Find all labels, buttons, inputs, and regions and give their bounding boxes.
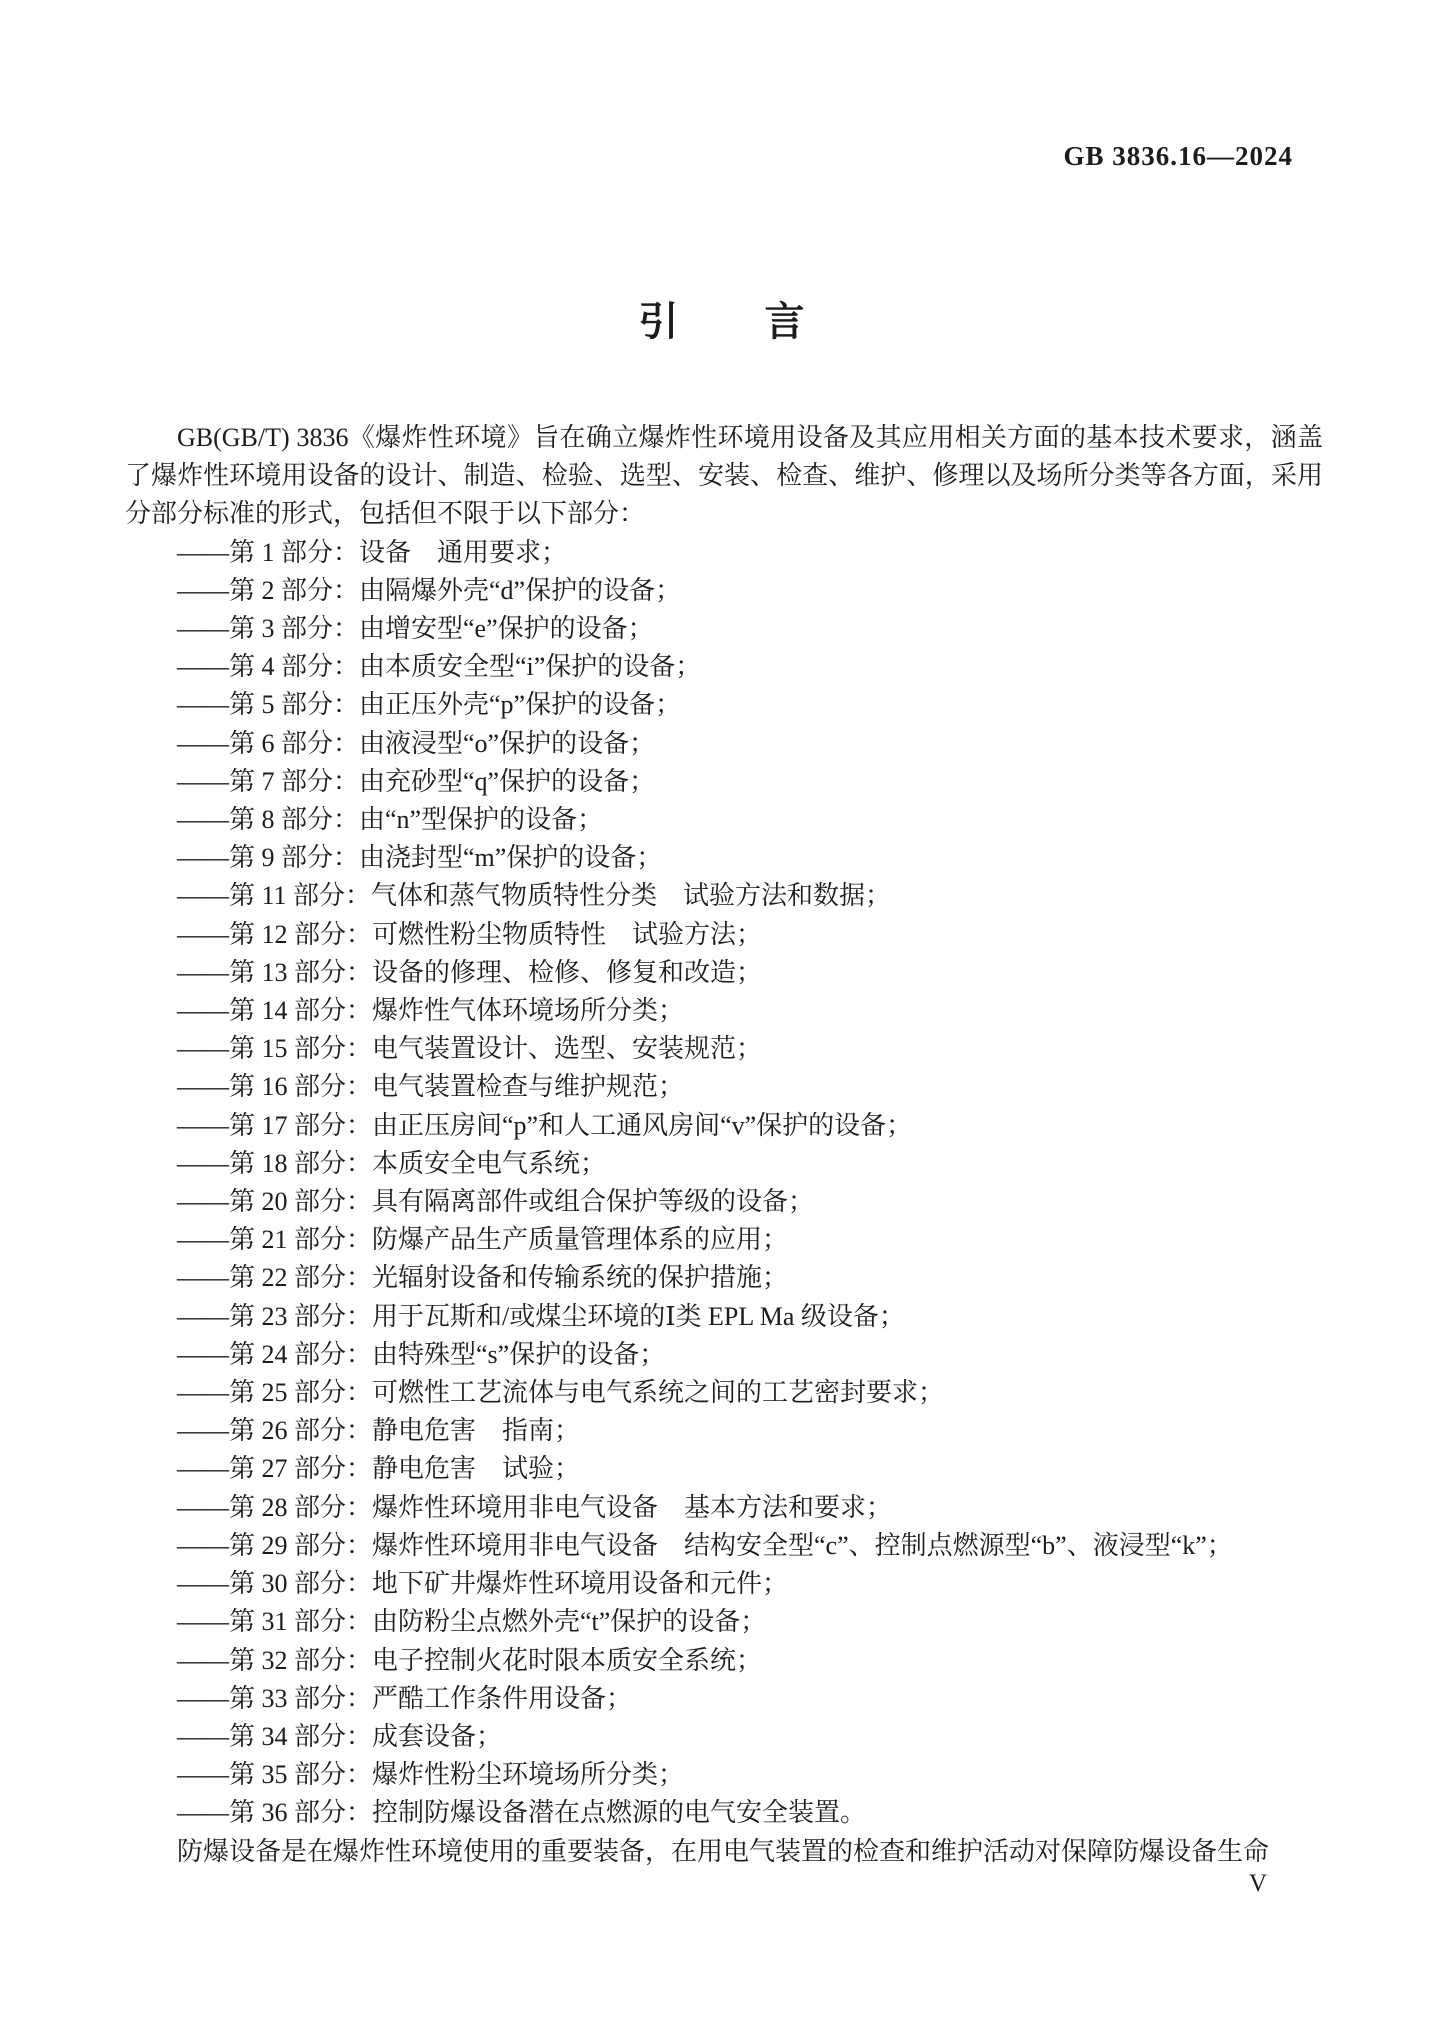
list-item: ——第 22 部分：光辐射设备和传输系统的保护措施； xyxy=(125,1259,1323,1297)
list-item: ——第 20 部分：具有隔离部件或组合保护等级的设备； xyxy=(125,1183,1323,1221)
list-item: ——第 9 部分：由浇封型“m”保护的设备； xyxy=(125,839,1323,877)
list-item: ——第 7 部分：由充砂型“q”保护的设备； xyxy=(125,763,1323,801)
document-page: GB 3836.16—2024 引 言 GB(GB/T) 3836《爆炸性环境》… xyxy=(0,0,1445,2044)
list-item: ——第 27 部分：静电危害 试验； xyxy=(125,1450,1323,1488)
closing-paragraph: 防爆设备是在爆炸性环境使用的重要装备，在用电气装置的检查和维护活动对保障防爆设备… xyxy=(125,1833,1323,1871)
list-item: ——第 24 部分：由特殊型“s”保护的设备； xyxy=(125,1336,1323,1374)
list-item: ——第 33 部分：严酷工作条件用设备； xyxy=(125,1680,1323,1718)
list-item: ——第 31 部分：由防粉尘点燃外壳“t”保护的设备； xyxy=(125,1603,1323,1641)
list-item: ——第 1 部分：设备 通用要求； xyxy=(125,534,1323,572)
parts-list: ——第 1 部分：设备 通用要求；——第 2 部分：由隔爆外壳“d”保护的设备；… xyxy=(125,534,1323,1833)
list-item: ——第 21 部分：防爆产品生产质量管理体系的应用； xyxy=(125,1221,1323,1259)
list-item: ——第 36 部分：控制防爆设备潜在点燃源的电气安全装置。 xyxy=(125,1794,1323,1832)
list-item: ——第 32 部分：电子控制火花时限本质安全系统； xyxy=(125,1642,1323,1680)
list-item: ——第 13 部分：设备的修理、检修、修复和改造； xyxy=(125,954,1323,992)
list-item: ——第 3 部分：由增安型“e”保护的设备； xyxy=(125,610,1323,648)
list-item: ——第 30 部分：地下矿井爆炸性环境用设备和元件； xyxy=(125,1565,1323,1603)
list-item: ——第 26 部分：静电危害 指南； xyxy=(125,1412,1323,1450)
list-item: ——第 11 部分：气体和蒸气物质特性分类 试验方法和数据； xyxy=(125,877,1323,915)
list-item: ——第 25 部分：可燃性工艺流体与电气系统之间的工艺密封要求； xyxy=(125,1374,1323,1412)
list-item: ——第 15 部分：电气装置设计、选型、安装规范； xyxy=(125,1030,1323,1068)
list-item: ——第 34 部分：成套设备； xyxy=(125,1718,1323,1756)
list-item: ——第 18 部分：本质安全电气系统； xyxy=(125,1145,1323,1183)
list-item: ——第 14 部分：爆炸性气体环境场所分类； xyxy=(125,992,1323,1030)
list-item: ——第 12 部分：可燃性粉尘物质特性 试验方法； xyxy=(125,916,1323,954)
document-body: GB(GB/T) 3836《爆炸性环境》旨在确立爆炸性环境用设备及其应用相关方面… xyxy=(125,419,1323,1871)
list-item: ——第 8 部分：由“n”型保护的设备； xyxy=(125,801,1323,839)
list-item: ——第 6 部分：由液浸型“o”保护的设备； xyxy=(125,725,1323,763)
list-item: ——第 23 部分：用于瓦斯和/或煤尘环境的Ⅰ类 EPL Ma 级设备； xyxy=(125,1298,1323,1336)
page-title: 引 言 xyxy=(0,290,1445,347)
page-number: V xyxy=(1249,1870,1267,1898)
list-item: ——第 16 部分：电气装置检查与维护规范； xyxy=(125,1068,1323,1106)
standard-number: GB 3836.16—2024 xyxy=(1063,141,1293,172)
list-item: ——第 5 部分：由正压外壳“p”保护的设备； xyxy=(125,686,1323,724)
list-item: ——第 35 部分：爆炸性粉尘环境场所分类； xyxy=(125,1756,1323,1794)
list-item: ——第 4 部分：由本质安全型“i”保护的设备； xyxy=(125,648,1323,686)
list-item: ——第 28 部分：爆炸性环境用非电气设备 基本方法和要求； xyxy=(125,1489,1323,1527)
list-item: ——第 17 部分：由正压房间“p”和人工通风房间“v”保护的设备； xyxy=(125,1107,1323,1145)
list-item: ——第 29 部分：爆炸性环境用非电气设备 结构安全型“c”、控制点燃源型“b”… xyxy=(125,1527,1323,1565)
intro-paragraph: GB(GB/T) 3836《爆炸性环境》旨在确立爆炸性环境用设备及其应用相关方面… xyxy=(125,419,1323,534)
list-item: ——第 2 部分：由隔爆外壳“d”保护的设备； xyxy=(125,572,1323,610)
